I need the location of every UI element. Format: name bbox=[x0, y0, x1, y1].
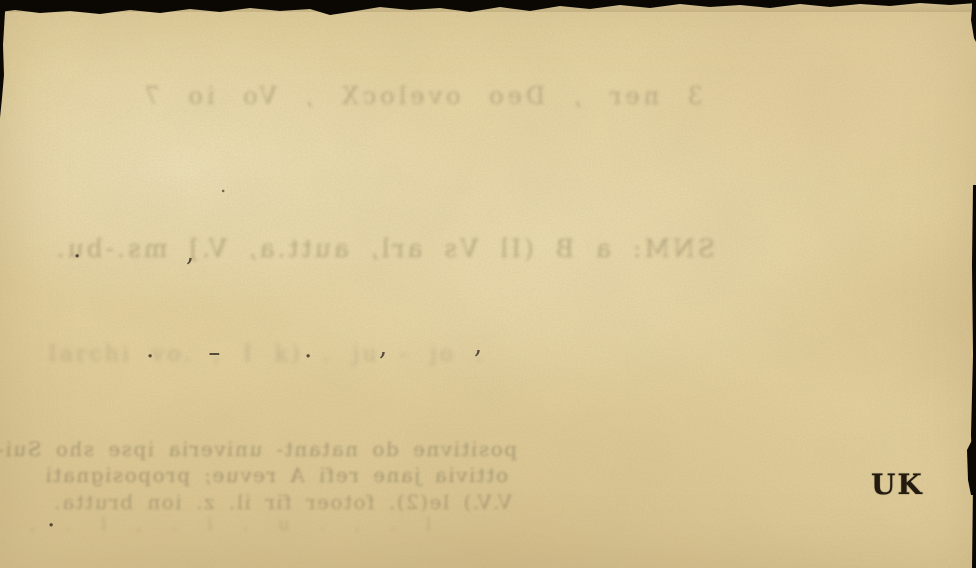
ghost-text-line: , . l , . i . u . , . l bbox=[30, 514, 630, 535]
ink-mark-comma: , bbox=[379, 334, 387, 360]
uk-stamp-text: UK bbox=[871, 468, 924, 501]
ghost-text-line: Iarchi vo. , I k) . ju - jo . bbox=[48, 342, 608, 367]
ink-mark-comma: , bbox=[474, 332, 482, 358]
ghost-text-line: V.V.) le(2). fotoer fir il. z. ion brutt… bbox=[12, 490, 512, 514]
ghost-text-line: ottivia jane refi A revue; proposignati bbox=[18, 463, 508, 487]
scanned-document-page: 3 ner , Deo ovelocX , Vo io 7 SNM: a B (… bbox=[0, 0, 976, 568]
ink-mark-period: . bbox=[47, 505, 55, 531]
right-edge-strip-bottom bbox=[971, 185, 976, 568]
right-edge-blot bbox=[967, 440, 976, 495]
ghost-text-line: 3 ner , Deo ovelocX , Vo io 7 bbox=[118, 82, 703, 110]
ink-mark-dash: - bbox=[208, 340, 221, 366]
paper-grain-texture bbox=[0, 0, 976, 568]
ink-mark-period: . bbox=[73, 236, 81, 262]
ink-mark-period: . bbox=[304, 336, 312, 362]
ink-mark-period: . bbox=[146, 336, 154, 362]
ghost-text-line: SNM: a B (Il Vs arl, autt.a, V.] ms.-bu. bbox=[25, 234, 715, 263]
ink-mark-comma: , bbox=[186, 240, 194, 266]
left-edge-sliver bbox=[0, 0, 8, 130]
ghost-text-line: positivne do natant- univeria ipse sho S… bbox=[12, 437, 517, 461]
ink-speck: . bbox=[220, 172, 226, 198]
